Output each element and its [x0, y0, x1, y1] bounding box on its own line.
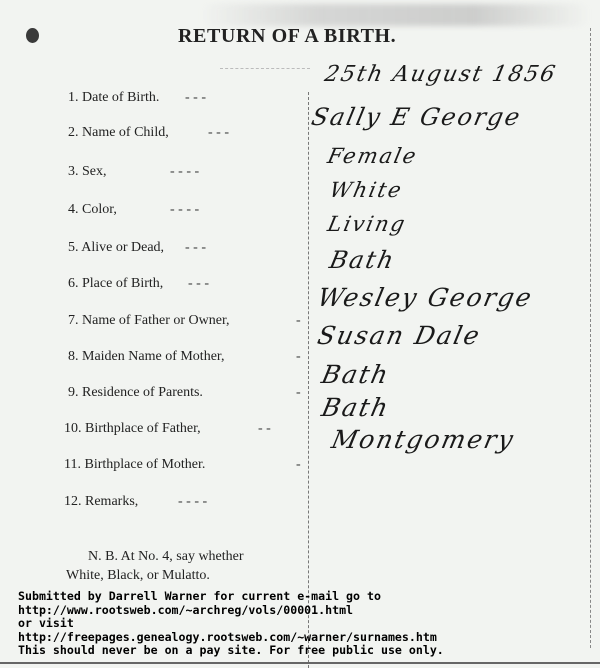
field-label: 5. Alive or Dead,: [68, 240, 164, 256]
field-label: 8. Maiden Name of Mother,: [68, 349, 225, 365]
leader-dots: - - - -: [170, 164, 199, 180]
field-value-handwritten: Sally E George: [309, 103, 524, 131]
caption-line-submitted: Submitted by Darrell Warner for current …: [18, 590, 444, 604]
leader-dots: -: [296, 349, 301, 365]
document-title: RETURN OF A BIRTH.: [178, 25, 396, 48]
leader-dots: -: [296, 313, 301, 329]
field-label: 3. Sex,: [68, 164, 107, 180]
field-value-handwritten: Montgomery: [329, 425, 518, 454]
leader-dots: - - - -: [178, 494, 207, 510]
leader-dots: -: [296, 385, 301, 401]
caption-link-archreg: http://www.rootsweb.com/~archreg/vols/00…: [18, 604, 444, 618]
field-row-maiden-name-of-mother: 8. Maiden Name of Mother, - Susan Dale: [0, 349, 600, 379]
field-label: 7. Name of Father or Owner,: [68, 313, 230, 329]
hole-punch-mark: [26, 28, 39, 43]
field-value-handwritten: 25th August 1856: [322, 62, 559, 87]
scan-smudge: [200, 4, 590, 26]
leader-dots: - -: [258, 421, 271, 437]
field-row-sex: 3. Sex, - - - - Female: [0, 164, 600, 194]
leader-dots: - - -: [185, 90, 206, 106]
field-row-alive-or-dead: 5. Alive or Dead, - - - Living: [0, 240, 600, 270]
bottom-edge-line: [0, 662, 600, 664]
leader-dots: -: [296, 457, 301, 473]
note-line-2: White, Black, or Mulatto.: [66, 566, 244, 585]
field-value-handwritten: White: [327, 178, 405, 202]
field-row-father-or-owner: 7. Name of Father or Owner, - Wesley Geo…: [0, 313, 600, 343]
field-label: 1. Date of Birth.: [68, 90, 159, 106]
nota-bene-note: N. B. At No. 4, say whether White, Black…: [88, 547, 244, 585]
leader-dots: - - -: [185, 240, 206, 256]
field-value-handwritten: Living: [325, 212, 408, 236]
birth-record-scan: RETURN OF A BIRTH. 1. Date of Birth. - -…: [0, 0, 600, 668]
leader-dots: - - -: [208, 125, 229, 141]
field-label: 4. Color,: [68, 202, 117, 218]
field-label: 9. Residence of Parents.: [68, 385, 203, 401]
field-row-residence-of-parents: 9. Residence of Parents. - Bath: [0, 385, 600, 415]
field-label: 10. Birthplace of Father,: [64, 421, 201, 437]
note-line-1: N. B. At No. 4, say whether: [88, 549, 244, 564]
field-value-handwritten: Female: [325, 144, 420, 168]
caption-line-disclaimer: This should never be on a pay site. For …: [18, 644, 444, 658]
field-row-remarks: 12. Remarks, - - - -: [0, 494, 600, 524]
header-dashed-line: [220, 68, 310, 69]
field-label: 2. Name of Child,: [68, 125, 169, 141]
field-label: 11. Birthplace of Mother.: [64, 457, 205, 473]
submission-caption: Submitted by Darrell Warner for current …: [18, 590, 444, 658]
field-label: 6. Place of Birth,: [68, 276, 163, 292]
field-row-name-of-child: 2. Name of Child, - - - Sally E George: [0, 125, 600, 155]
field-row-color: 4. Color, - - - - White: [0, 202, 600, 232]
field-value-handwritten: Bath: [327, 246, 398, 274]
field-value-handwritten: Bath: [319, 360, 393, 389]
caption-line-or-visit: or visit: [18, 617, 444, 631]
leader-dots: - - - -: [170, 202, 199, 218]
field-value-handwritten: Bath: [319, 393, 393, 422]
field-label: 12. Remarks,: [64, 494, 138, 510]
field-value-handwritten: Wesley George: [315, 283, 536, 312]
field-row-birthplace-of-mother: 11. Birthplace of Mother. - Montgomery: [0, 457, 600, 487]
caption-link-surnames: http://freepages.genealogy.rootsweb.com/…: [18, 631, 444, 645]
field-value-handwritten: Susan Dale: [315, 321, 484, 350]
leader-dots: - - -: [188, 276, 209, 292]
